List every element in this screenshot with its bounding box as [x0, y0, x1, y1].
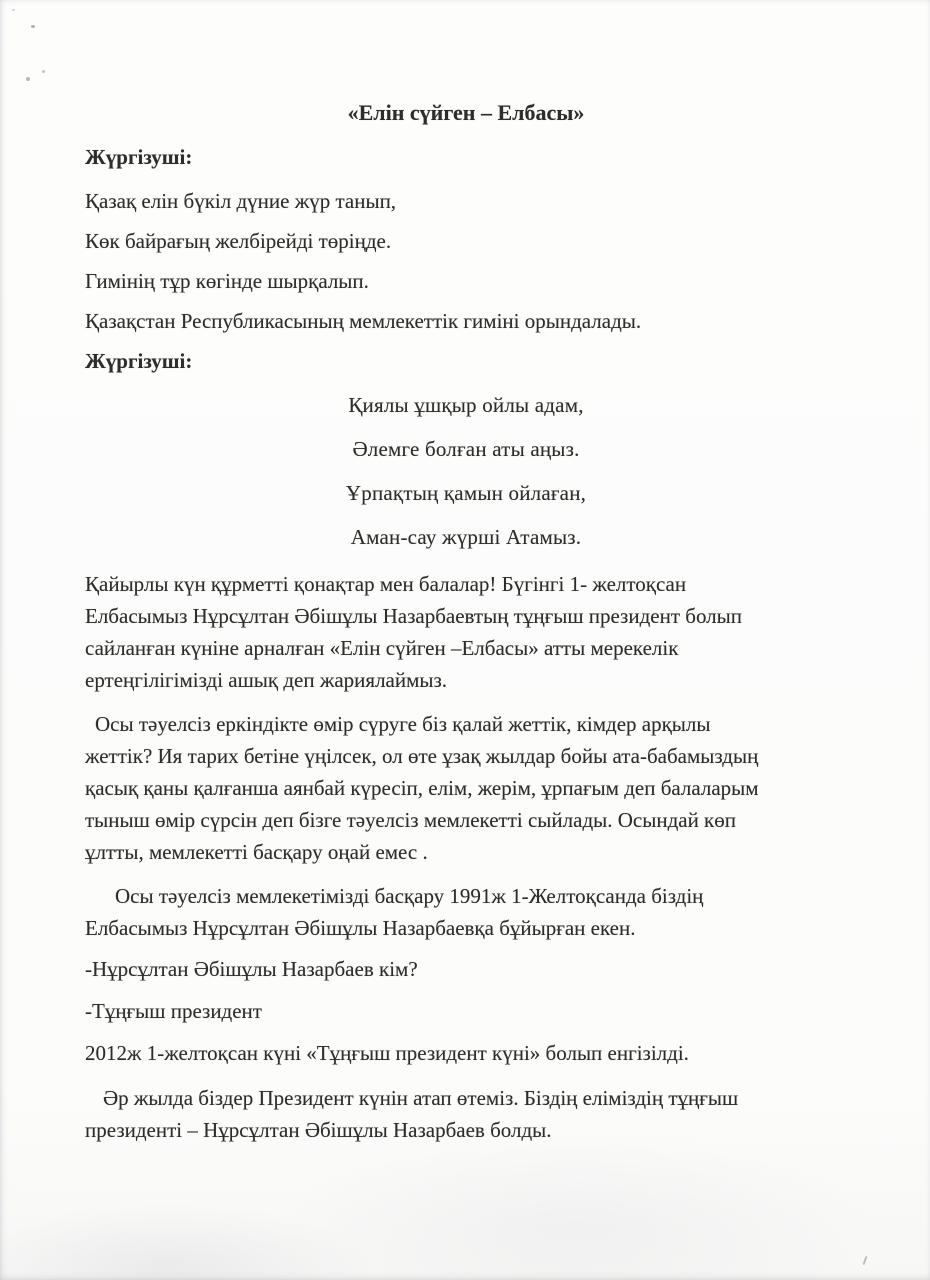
line-2012: 2012ж 1-желтоқсан күні «Тұңғыш президент…: [85, 1040, 847, 1066]
opening-line-4: Қазақстан Республикасының мемлекеттік ги…: [85, 308, 847, 334]
scan-speck: [26, 77, 30, 81]
question-line: -Нұрсұлтан Әбішұлы Назарбаев кім?: [85, 956, 847, 982]
paragraph-greeting: Қайырлы күн құрметті қонақтар мен балала…: [85, 568, 847, 696]
paragraph-1991: Осы тәуелсіз мемлекетімізді басқару 1991…: [85, 880, 847, 944]
opening-line-3: Гимінің тұр көгінде шырқалып.: [85, 268, 847, 294]
scanned-document-page: «Елін сүйген – Елбасы» Жүргізуші: Қазақ …: [0, 0, 930, 1280]
poem-line-1: Қиялы ұшқыр ойлы адам,: [85, 392, 847, 418]
scan-scratch-mark: [863, 1256, 868, 1265]
document-title: «Елін сүйген – Елбасы»: [85, 100, 847, 126]
paragraph-closing: Әр жылда біздер Президент күнін атап өте…: [85, 1082, 847, 1146]
scan-speck: [31, 25, 35, 28]
opening-line-1: Қазақ елін бүкіл дүние жүр танып,: [85, 188, 847, 214]
answer-line: -Тұңғыш президент: [85, 998, 847, 1024]
poem-line-2: Әлемге болған аты аңыз.: [85, 436, 847, 462]
poem-line-4: Аман-сау жүрші Атамыз.: [85, 524, 847, 550]
opening-line-2: Көк байрағың желбірейді төріңде.: [85, 228, 847, 254]
poem-line-3: Ұрпақтың қамын ойлаған,: [85, 480, 847, 506]
paragraph-history: Осы тәуелсіз еркіндікте өмір сүруге біз …: [85, 708, 847, 868]
scan-speck: [42, 70, 45, 73]
scan-speck: [12, 9, 15, 11]
document-content: «Елін сүйген – Елбасы» Жүргізуші: Қазақ …: [85, 100, 847, 1158]
speaker-label-2: Жүргізуші:: [85, 348, 847, 374]
speaker-label-1: Жүргізуші:: [85, 144, 847, 170]
